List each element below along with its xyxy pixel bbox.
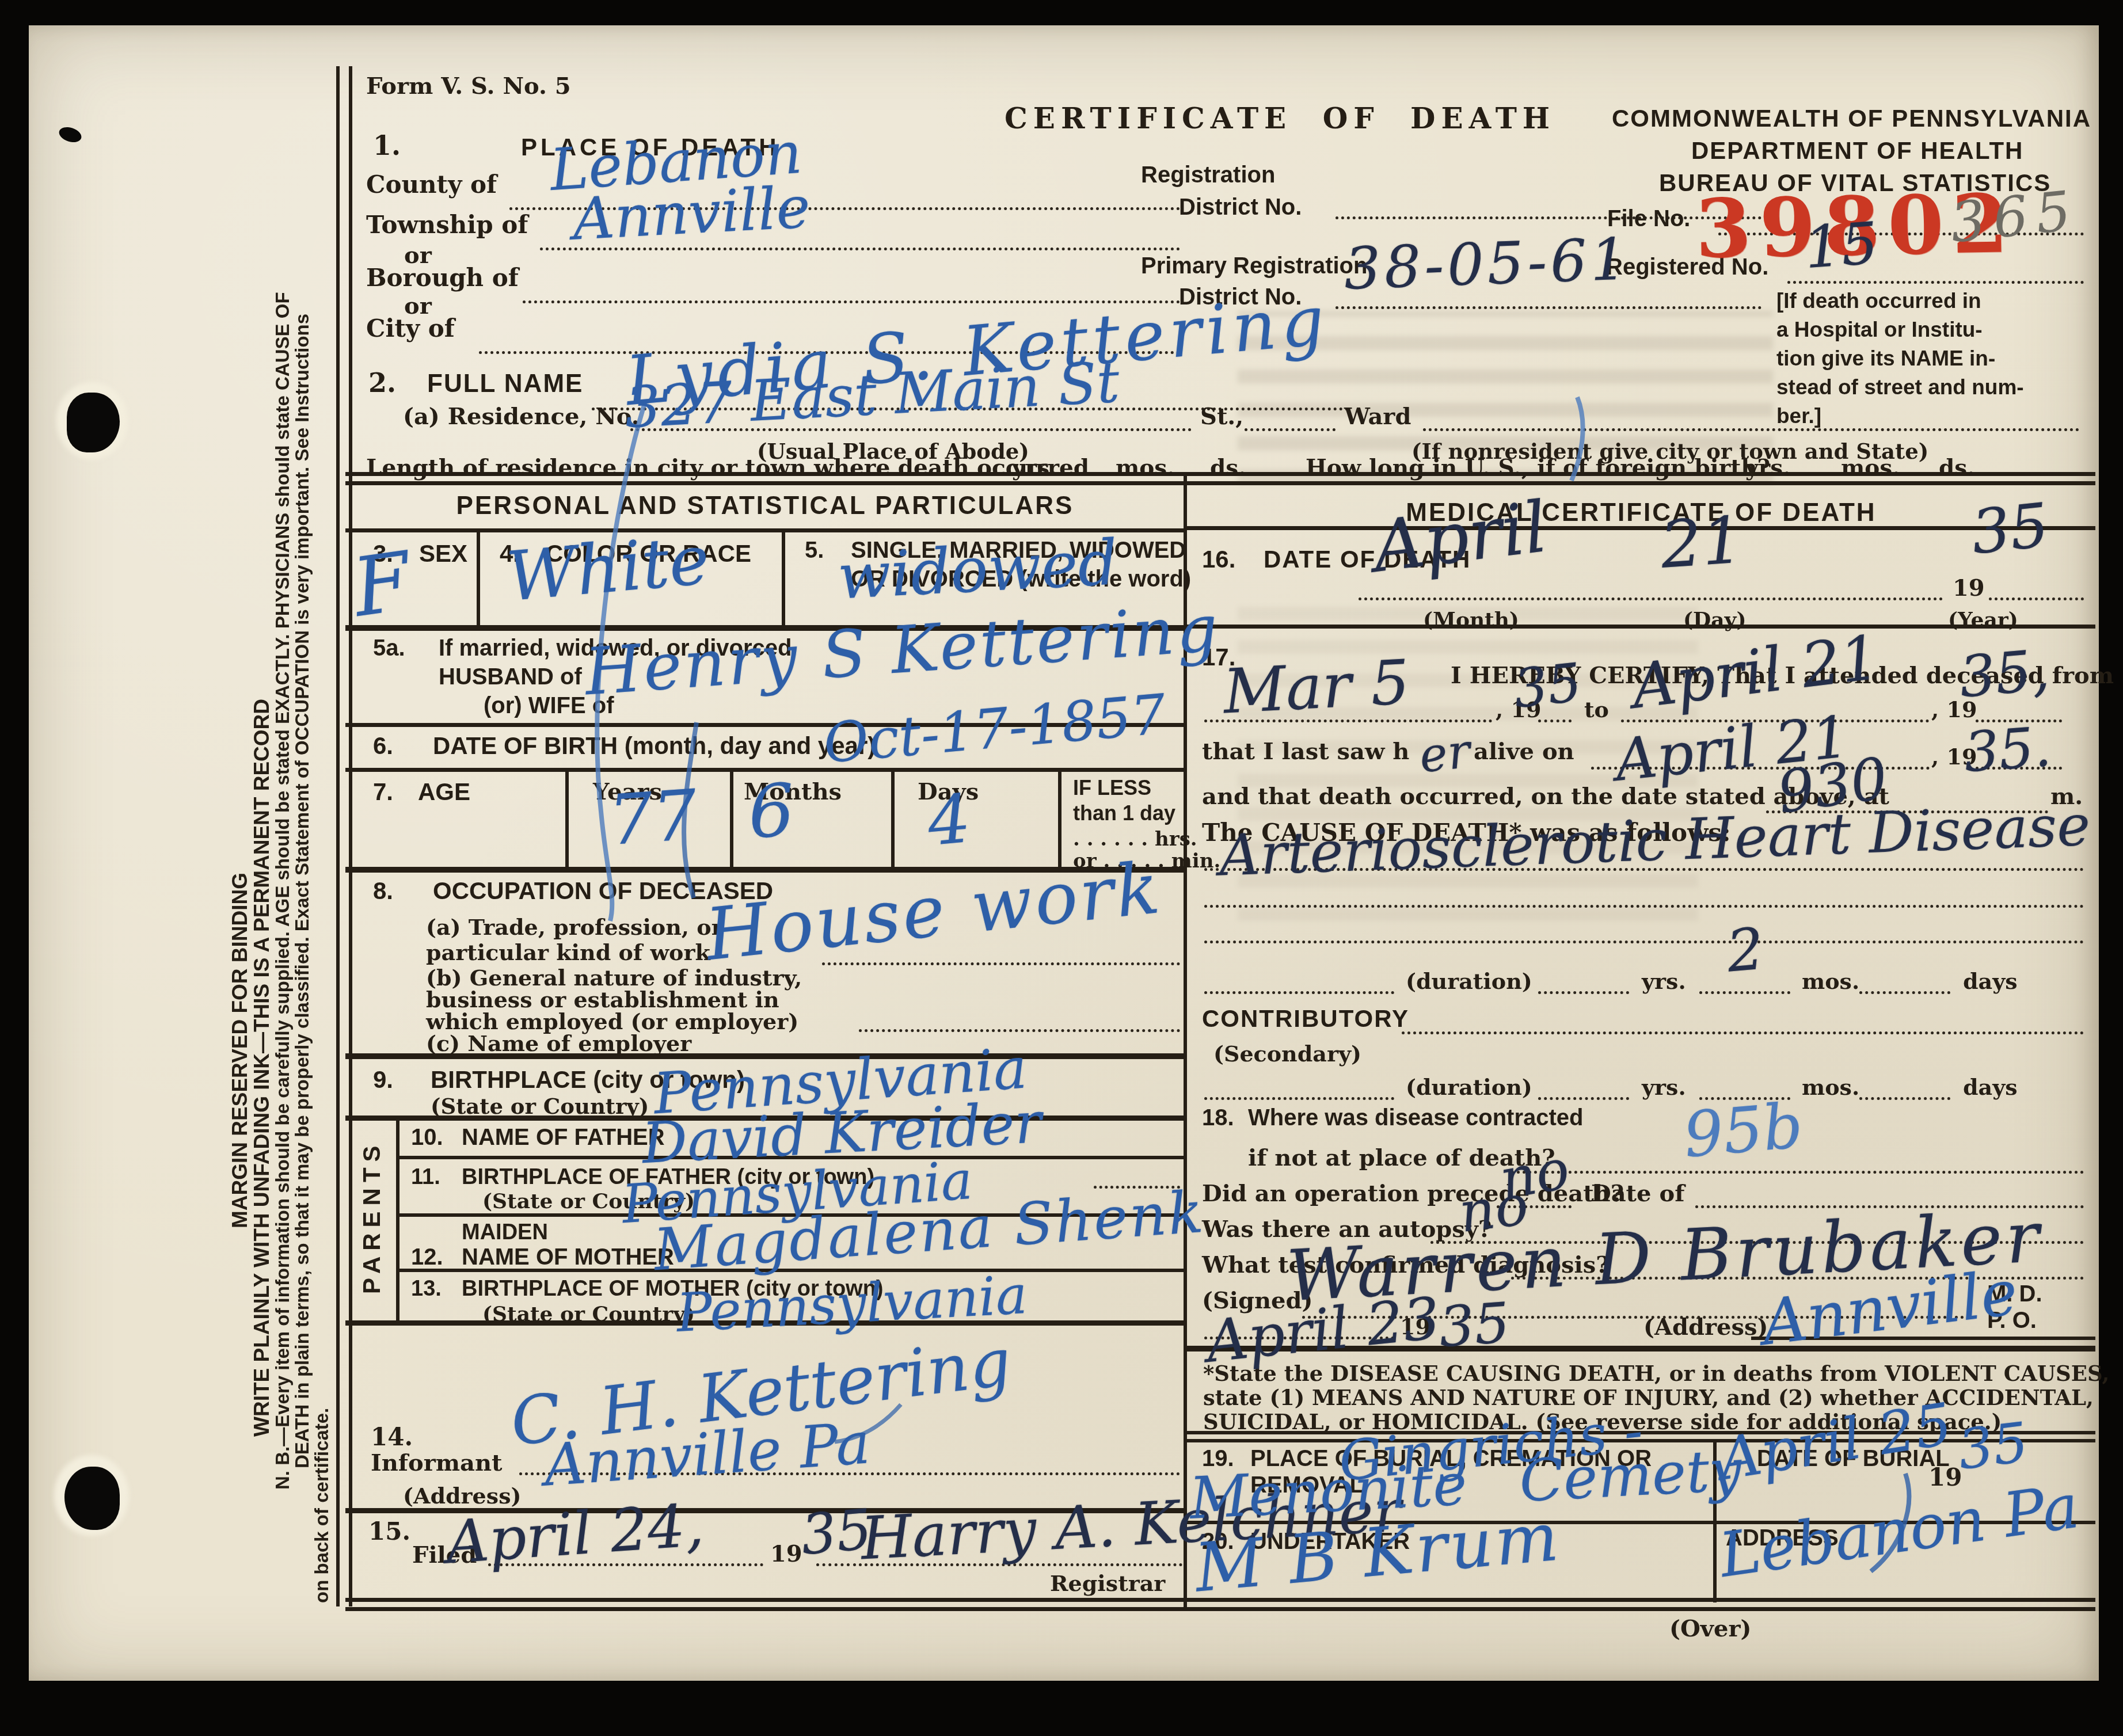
age-months-handwriting: 6 bbox=[746, 768, 797, 855]
disease-contracted-handwriting: 95b bbox=[1681, 1090, 1806, 1172]
death-year-handwriting: 35 bbox=[1968, 490, 2052, 568]
age-years-handwriting: 77 bbox=[606, 775, 699, 861]
death-day-handwriting: 21 bbox=[1658, 502, 1745, 583]
punch-hole-bottom bbox=[64, 1467, 120, 1530]
last-saw-year-handwriting: 35. bbox=[1962, 715, 2053, 785]
burial-year-handwriting: 35 bbox=[1955, 1411, 2031, 1482]
primary-district-value-handwriting: 38-05-61 bbox=[1343, 225, 1631, 302]
her-handwriting: er bbox=[1417, 724, 1473, 784]
attended-from-year-handwriting: 35 bbox=[1511, 652, 1585, 720]
duration-months-handwriting: 2 bbox=[1724, 915, 1767, 985]
attended-from-handwriting: Mar 5 bbox=[1222, 647, 1411, 728]
township-value-handwriting: Annville bbox=[571, 173, 812, 253]
scanned-death-certificate: MARGIN RESERVED FOR BINDING WRITE PLAINL… bbox=[0, 0, 2123, 1736]
attended-to-year-handwriting: 35, bbox=[1957, 637, 2052, 710]
signed-year-handwriting: 35 bbox=[1437, 1290, 1512, 1360]
registered-no-value-handwriting: 15 bbox=[1802, 210, 1880, 282]
age-days-handwriting: 4 bbox=[924, 780, 973, 861]
